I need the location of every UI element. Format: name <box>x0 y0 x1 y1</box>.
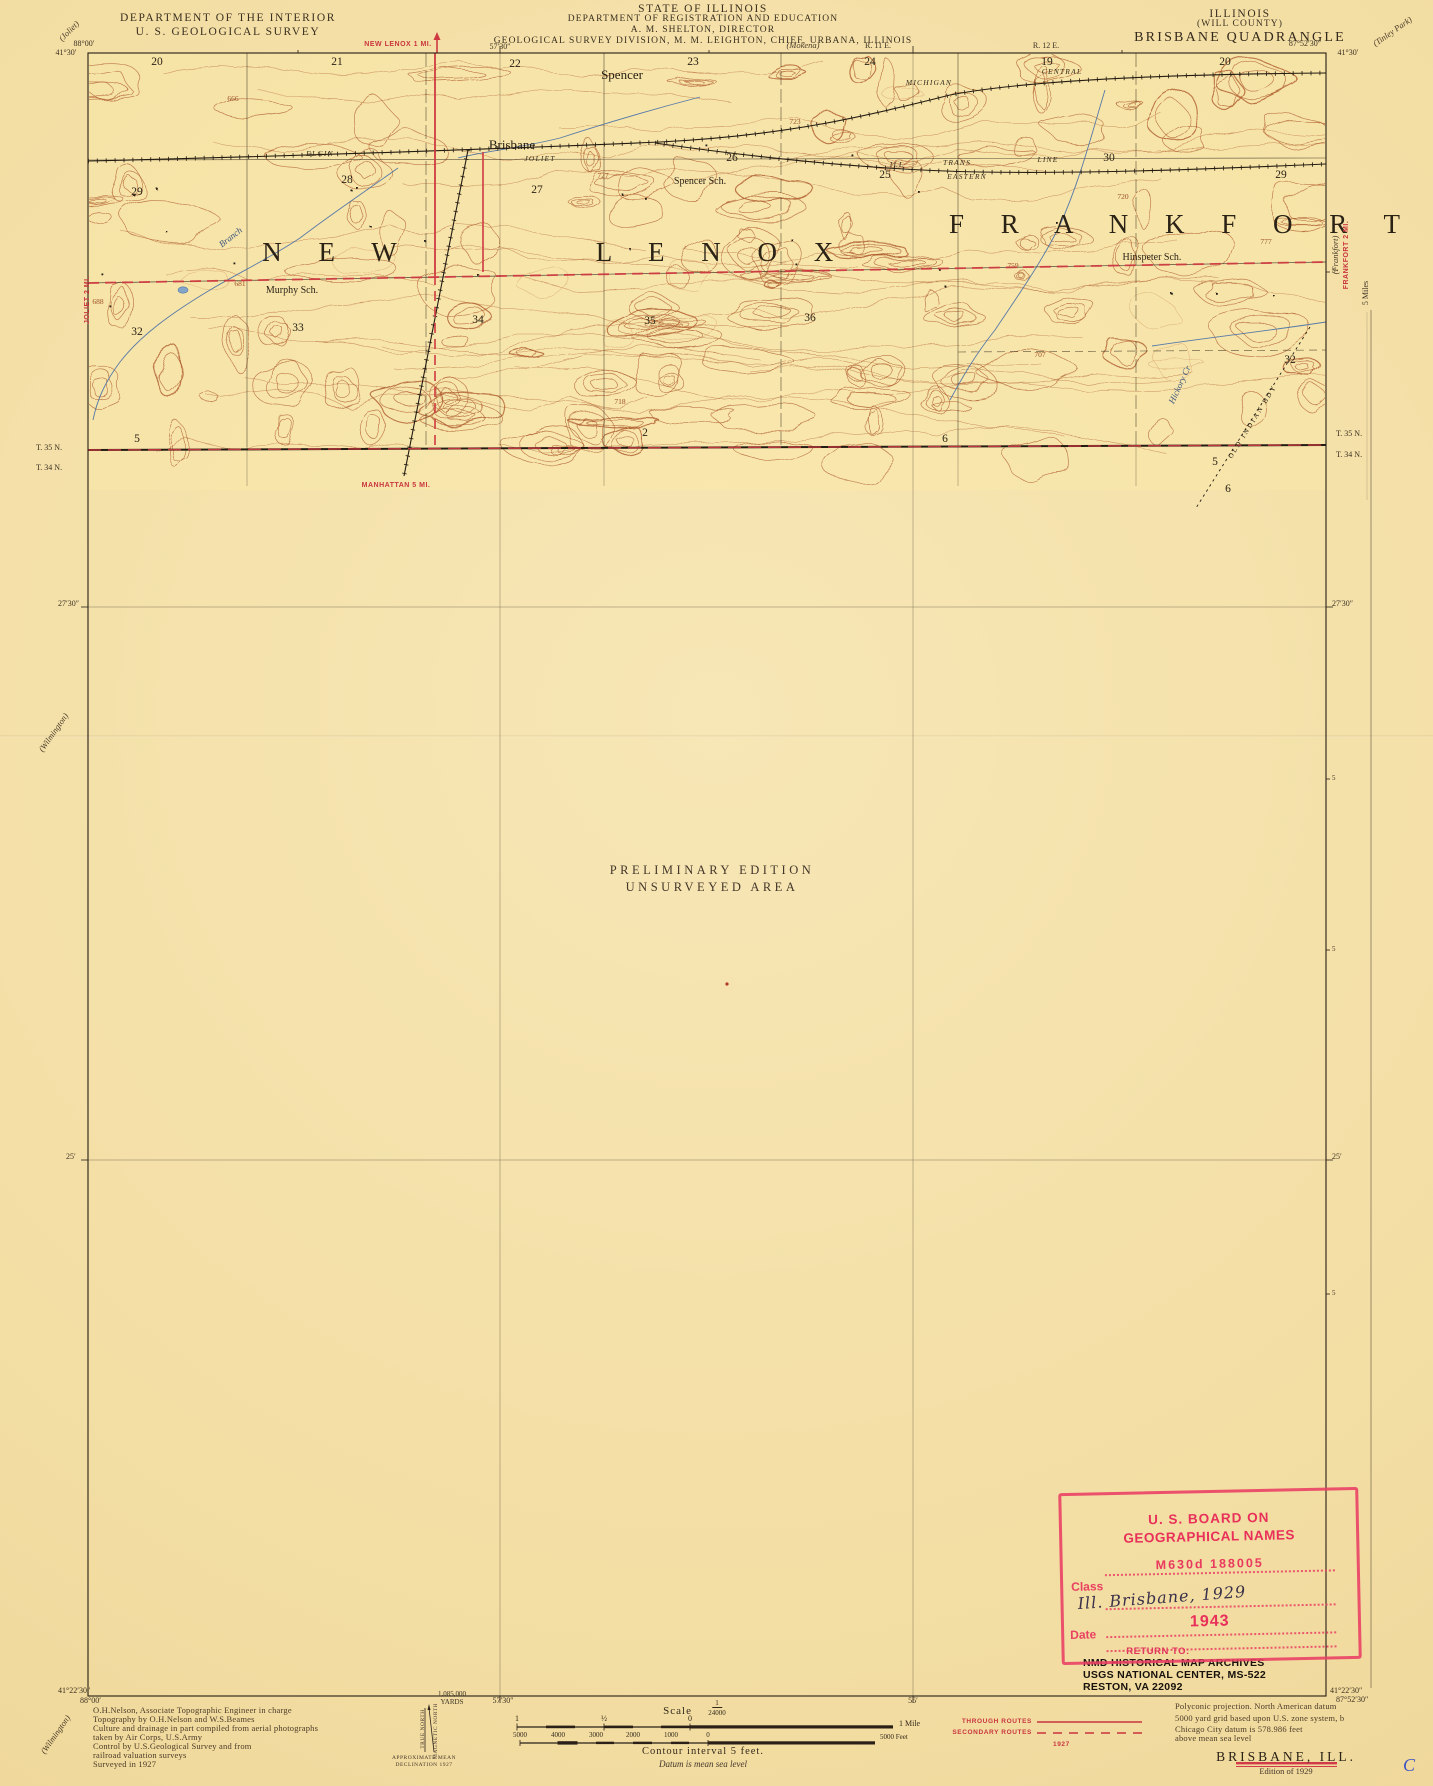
declination-line-label: MAGNETIC NORTH <box>434 1703 440 1759</box>
township-name: N E W <box>262 238 412 266</box>
section-number: 29 <box>131 186 143 198</box>
state-line-2: DEPARTMENT OF REGISTRATION AND EDUCATION <box>568 15 838 25</box>
adjoining-quad-wilmington: (Wilmington) <box>37 712 70 754</box>
scale-mile-label: 0 <box>688 1715 692 1723</box>
quad-county: (WILL COUNTY) <box>1197 20 1283 30</box>
boundary-label: OLD INDIAN BDY <box>1227 384 1279 460</box>
grid-tick-number: 5 <box>1332 775 1336 782</box>
section-number: 6 <box>942 433 948 445</box>
graticule-label-bottom: 55′ <box>908 1697 918 1705</box>
section-number: 25 <box>879 169 891 181</box>
scale-mile-label: ½ <box>601 1715 607 1723</box>
state-line-4: GEOLOGICAL SURVEY DIVISION, M. M. LEIGHT… <box>494 37 913 47</box>
spot-elevation: 727 <box>597 172 608 180</box>
township-row-label: T. 35 N. <box>1336 430 1362 438</box>
bgn-stamp-line2: GEOGRAPHICAL NAMES <box>1062 1526 1356 1547</box>
notice-line-2: UNSURVEYED AREA <box>626 881 799 894</box>
section-number: 28 <box>341 174 353 186</box>
projection-note: 5000 yard grid based upon U.S. zone syst… <box>1175 1714 1344 1723</box>
sheet-edition: Edition of 1929 <box>1259 1767 1312 1776</box>
spot-elevation: 707 <box>1034 351 1045 359</box>
township-row-label: T. 34 N. <box>1336 451 1362 459</box>
scale-feet-label: 1000 <box>664 1732 678 1739</box>
railroad-label: MICHIGAN <box>906 79 952 87</box>
return-stamp-line: RESTON, VA 22092 <box>1083 1682 1183 1693</box>
road-destination: MANHATTAN 5 MI. <box>362 482 431 489</box>
school-label: Murphy Sch. <box>266 286 318 297</box>
road-destination: JOLIET 2 MI. <box>84 276 91 324</box>
section-number: 29 <box>1275 169 1287 181</box>
bgn-stamp: U. S. BOARD ON GEOGRAPHICAL NAMES M630d … <box>1058 1487 1362 1665</box>
scale-mile-label: 1 <box>515 1715 519 1723</box>
agency-line-1: DEPARTMENT OF THE INTERIOR <box>120 12 336 24</box>
graticule-label-bottom: 57′30″ <box>492 1697 513 1705</box>
spot-elevation: 723 <box>789 118 800 126</box>
graticule-label-left: 25′ <box>66 1153 76 1161</box>
legend-through-routes: THROUGH ROUTES <box>962 1719 1032 1726</box>
town-label: Brisbane <box>489 138 535 152</box>
legend-year: 1927 <box>1053 1742 1070 1749</box>
return-stamp-line: USGS NATIONAL CENTER, MS-522 <box>1083 1670 1266 1681</box>
map-sheet: DEPARTMENT OF THE INTERIORU. S. GEOLOGIC… <box>0 0 1433 1786</box>
declination-caption-2: DECLINATION 1927 <box>395 1763 452 1769</box>
railroad-label: JOLIET <box>524 155 555 163</box>
corner-lat-ne: 41°30′ <box>1338 49 1359 57</box>
railroad-label: ELGIN <box>306 150 334 158</box>
margin-note: 5 Miles <box>1362 281 1370 305</box>
section-number: 36 <box>804 312 816 324</box>
grid-yards-label: YARDS <box>441 1699 464 1706</box>
township-name: L E N O X <box>596 238 848 266</box>
scale-feet-label: 4000 <box>551 1732 565 1739</box>
road-destination: FRANKFORT 2 MI. <box>1343 221 1350 290</box>
spot-elevation: 718 <box>614 398 625 406</box>
stream-label: Hickory Cr <box>1167 365 1193 406</box>
declination-caption-1: APPROXIMATE MEAN <box>392 1756 456 1762</box>
section-number: 19 <box>1041 56 1053 68</box>
section-number: 21 <box>331 56 343 68</box>
scale-fraction-numerator: 1 <box>712 1700 722 1708</box>
scale-feet-label: 2000 <box>626 1732 640 1739</box>
section-number: 20 <box>151 56 163 68</box>
spot-elevation: 777 <box>1260 238 1271 246</box>
state-line-3: A. M. SHELTON, DIRECTOR <box>631 26 775 36</box>
section-number: 26 <box>726 152 738 164</box>
notice-line-1: PRELIMINARY EDITION <box>610 864 815 877</box>
range-label: R. 11 E. <box>865 42 891 50</box>
scale-feet-label: 5000 Feet <box>880 1734 908 1741</box>
section-number: 32 <box>1284 354 1296 366</box>
grid-tick-number: 5 <box>1332 268 1336 275</box>
spot-elevation: 759 <box>1007 262 1018 270</box>
datum-note: Datum is mean sea level <box>659 1760 747 1769</box>
stream-label: Branch <box>218 226 245 250</box>
bgn-dotted-rule <box>1107 1644 1337 1652</box>
spot-elevation: 688 <box>92 298 103 306</box>
spot-elevation: 720 <box>1117 193 1128 201</box>
section-number: 6 <box>1225 483 1231 495</box>
bgn-date-label: Date <box>1070 1627 1096 1642</box>
section-number: 30 <box>1103 152 1115 164</box>
scale-mile-label: 1 Mile <box>899 1720 920 1728</box>
section-number: 22 <box>509 58 521 70</box>
section-number: 5 <box>1212 456 1218 468</box>
section-number: 24 <box>864 56 876 68</box>
credit-line: Surveyed in 1927 <box>93 1760 156 1769</box>
agency-line-2: U. S. GEOLOGICAL SURVEY <box>136 26 321 38</box>
school-label: Hinspeter Sch. <box>1123 253 1182 264</box>
adjoining-quad-tinley-park: (Tinley Park) <box>1372 15 1414 48</box>
scale-feet-label: 3000 <box>589 1732 603 1739</box>
town-label: Spencer <box>601 68 643 82</box>
spot-elevation: 666 <box>227 95 238 103</box>
section-number: 23 <box>687 56 699 68</box>
railroad-label: LINE <box>1037 156 1058 164</box>
section-number: 20 <box>1219 56 1231 68</box>
bgn-date-stamp: 1943 <box>1190 1613 1230 1632</box>
section-number: 5 <box>134 433 140 445</box>
graticule-label-left: 27′30″ <box>58 600 79 608</box>
school-label: Spencer Sch. <box>674 177 726 188</box>
corner-lat-sw: 41°22′30″ <box>58 1687 90 1695</box>
corner-lon-se: 87°52′30″ <box>1336 1696 1368 1704</box>
corner-lat-nw: 41°30′ <box>56 49 77 57</box>
railroad-label: EASTERN <box>947 173 987 181</box>
section-number: 34 <box>472 314 484 326</box>
section-number: 33 <box>292 322 304 334</box>
blue-pencil-mark: C <box>1403 1756 1415 1775</box>
grid-tick-number: 5 <box>1332 1290 1336 1297</box>
railroad-label: CENTRAL <box>1042 68 1083 76</box>
projection-note: above mean sea level <box>1175 1734 1251 1743</box>
adjoining-quad-mokena: (Mokena) <box>786 41 819 50</box>
grid-tick-number: 5 <box>1332 946 1336 953</box>
township-row-label: T. 35 N. <box>36 444 62 452</box>
scale-feet-label: 5000 <box>513 1732 527 1739</box>
township-row-label: T. 34 N. <box>36 464 62 472</box>
section-number: 35 <box>644 315 656 327</box>
corner-lon-nw: 88°00′ <box>74 40 95 48</box>
section-number: 27 <box>531 184 543 196</box>
projection-note: Polyconic projection. North American dat… <box>1175 1702 1337 1711</box>
range-label: R. 12 E. <box>1033 42 1059 50</box>
section-number: 2 <box>642 427 648 439</box>
legend-secondary-routes: SECONDARY ROUTES <box>952 1730 1032 1737</box>
spot-elevation: 681 <box>234 280 245 288</box>
graticule-label-right: 27′30″ <box>1332 600 1353 608</box>
scale-fraction-denominator: 24000 <box>708 1710 726 1717</box>
section-number: 32 <box>131 326 143 338</box>
railroad-label: ILL <box>890 161 904 169</box>
road-destination: NEW LENOX 1 MI. <box>364 41 431 48</box>
contour-interval-note: Contour interval 5 feet. <box>642 1746 764 1757</box>
adjoining-quad-wilmington: (Wilmington) <box>39 1714 72 1756</box>
declination-line-label: TRUE NORTH <box>421 1709 427 1748</box>
graticule-label-right: 25′ <box>1332 1153 1342 1161</box>
graticule-label-top: 57′30″ <box>489 43 510 51</box>
bgn-dotted-rule <box>1106 1630 1336 1638</box>
corner-lon-ne: 87°52′30″ <box>1289 40 1321 48</box>
scale-feet-label: 0 <box>706 1732 710 1739</box>
railroad-label: TRANS <box>943 159 971 167</box>
sheet-title: BRISBANE, ILL. <box>1216 1750 1356 1764</box>
